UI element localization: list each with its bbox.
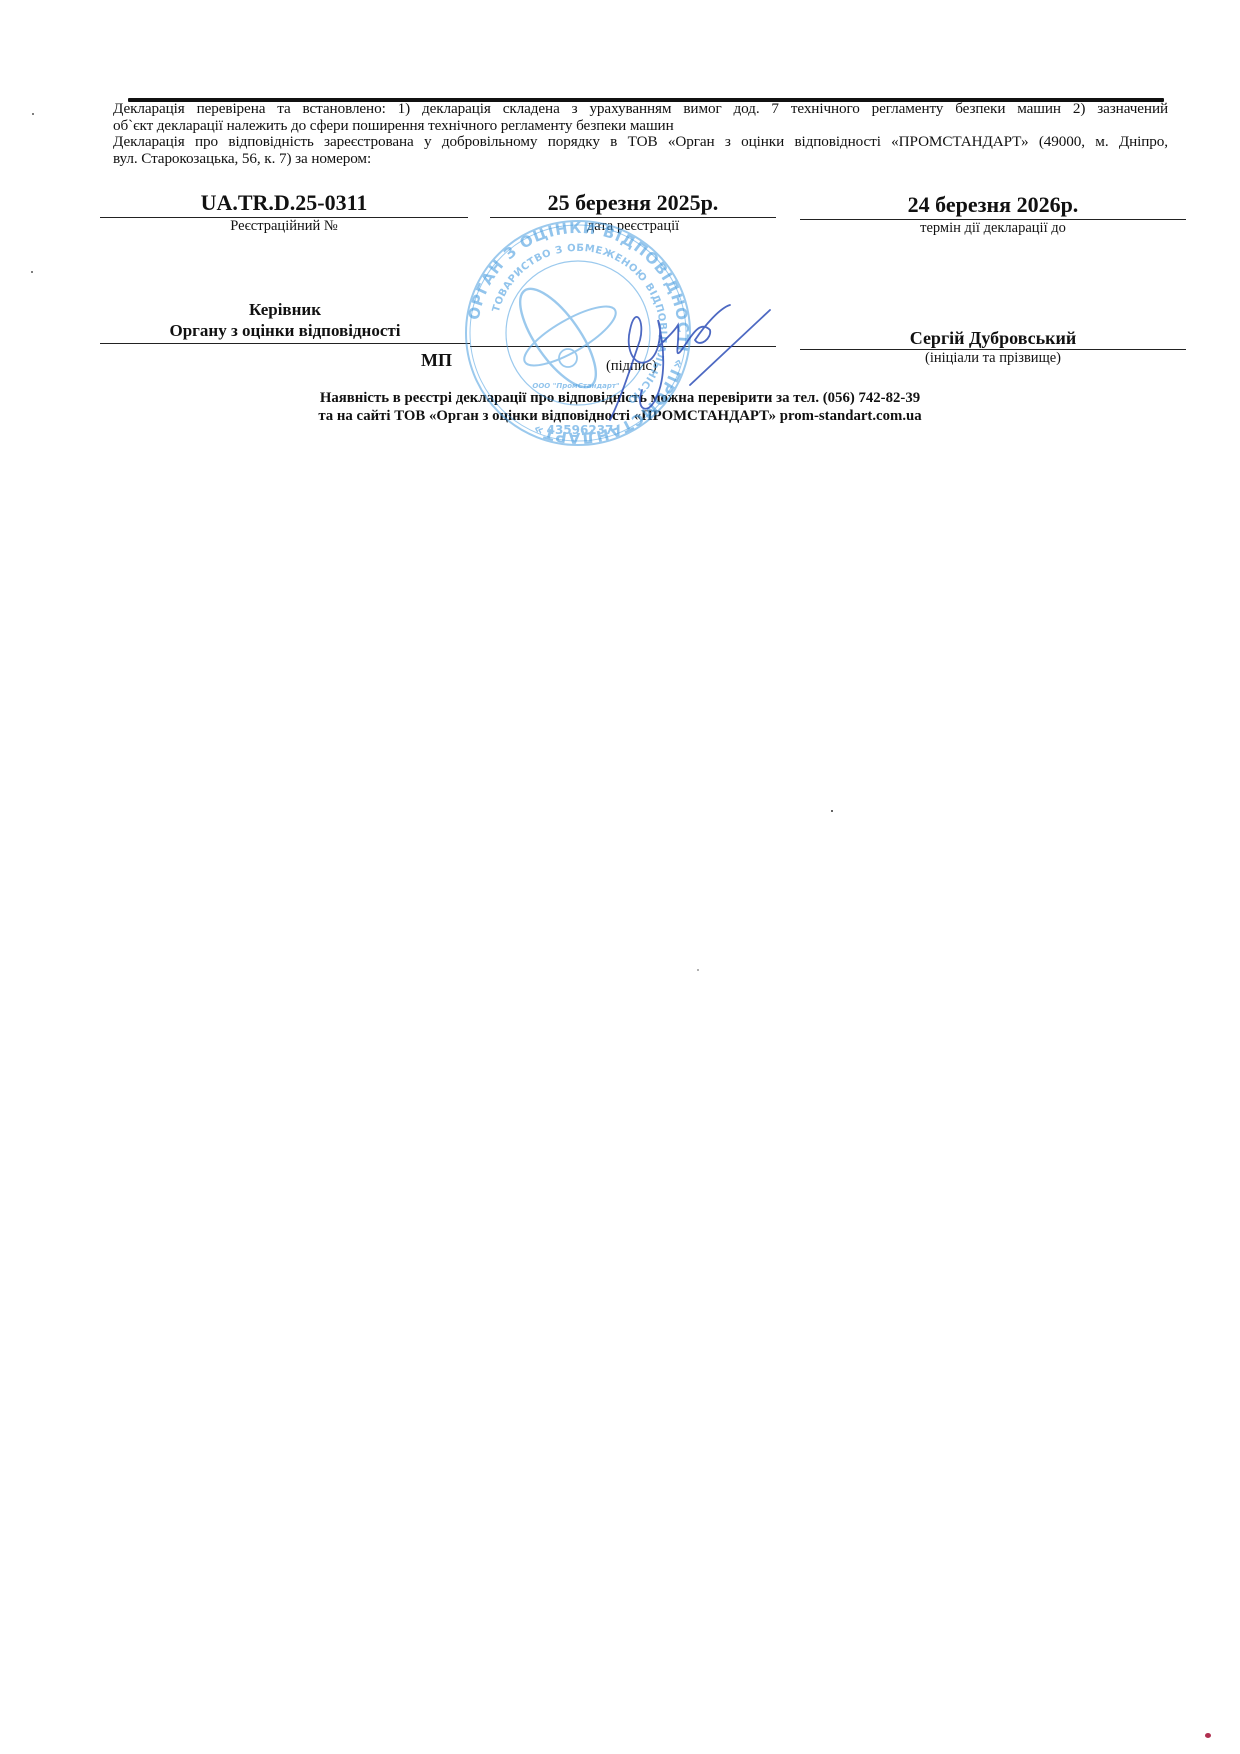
svg-text:ТОВАРИСТВО З ОБМЕЖЕНОЮ ВІДПОВІ: ТОВАРИСТВО З ОБМЕЖЕНОЮ ВІДПОВІДАЛЬНІСТЮ bbox=[491, 243, 668, 406]
signatory-name-caption: (ініціали та прізвище) bbox=[800, 350, 1186, 367]
intro-line-1: Декларація перевірена та встановлено: 1)… bbox=[113, 101, 1168, 118]
scan-speck bbox=[32, 113, 34, 115]
signatory-name: Сергій Дубровський bbox=[800, 328, 1186, 349]
registry-check-line-1: Наявність в реєстрі декларації про відпо… bbox=[200, 389, 1040, 407]
intro-line-3: Декларація про відповідність зареєстрова… bbox=[113, 134, 1168, 151]
signatory-title-line-2: Органу з оцінки відповідності bbox=[100, 320, 470, 341]
registration-number-caption: Реєстраційний № bbox=[100, 218, 468, 235]
registry-check-note: Наявність в реєстрі декларації про відпо… bbox=[200, 389, 1040, 425]
scan-speck bbox=[31, 271, 33, 273]
registration-date-field: 25 березня 2025р. дата реєстрації bbox=[490, 190, 776, 235]
intro-line-4: вул. Старокозацька, 56, к. 7) за номером… bbox=[113, 151, 1168, 168]
valid-until-caption: термін дії декларації до bbox=[800, 220, 1186, 237]
signature-rule bbox=[470, 346, 776, 347]
stamp-place-label: МП bbox=[421, 350, 452, 371]
stamp-inner-text: ТОВАРИСТВО З ОБМЕЖЕНОЮ ВІДПОВІДАЛЬНІСТЮ bbox=[491, 243, 668, 406]
registration-date-caption: дата реєстрації bbox=[490, 218, 776, 235]
signatory-title-line-1: Керівник bbox=[100, 299, 470, 320]
signatory-name-field: Сергій Дубровський (ініціали та прізвище… bbox=[800, 328, 1186, 367]
intro-line-2: об`єкт декларації належить до сфери поши… bbox=[113, 118, 1168, 135]
signature-caption: (підпис) bbox=[606, 358, 657, 375]
registration-number: UA.TR.D.25-0311 bbox=[100, 190, 468, 217]
scan-speck bbox=[697, 969, 699, 971]
signatory-title-rule bbox=[100, 343, 470, 344]
valid-until-field: 24 березня 2026р. термін дії декларації … bbox=[800, 192, 1186, 237]
registration-number-field: UA.TR.D.25-0311 Реєстраційний № bbox=[100, 190, 468, 235]
scan-speck bbox=[831, 810, 833, 812]
red-ink-dot bbox=[1205, 1733, 1211, 1738]
stamp-code: 43596237 bbox=[547, 423, 614, 437]
signatory-title: Керівник Органу з оцінки відповідності bbox=[100, 299, 470, 344]
registration-date: 25 березня 2025р. bbox=[490, 190, 776, 217]
valid-until-date: 24 березня 2026р. bbox=[800, 192, 1186, 219]
registry-check-line-2: та на сайті ТОВ «Орган з оцінки відповід… bbox=[200, 407, 1040, 425]
verification-statement: Декларація перевірена та встановлено: 1)… bbox=[113, 101, 1168, 167]
